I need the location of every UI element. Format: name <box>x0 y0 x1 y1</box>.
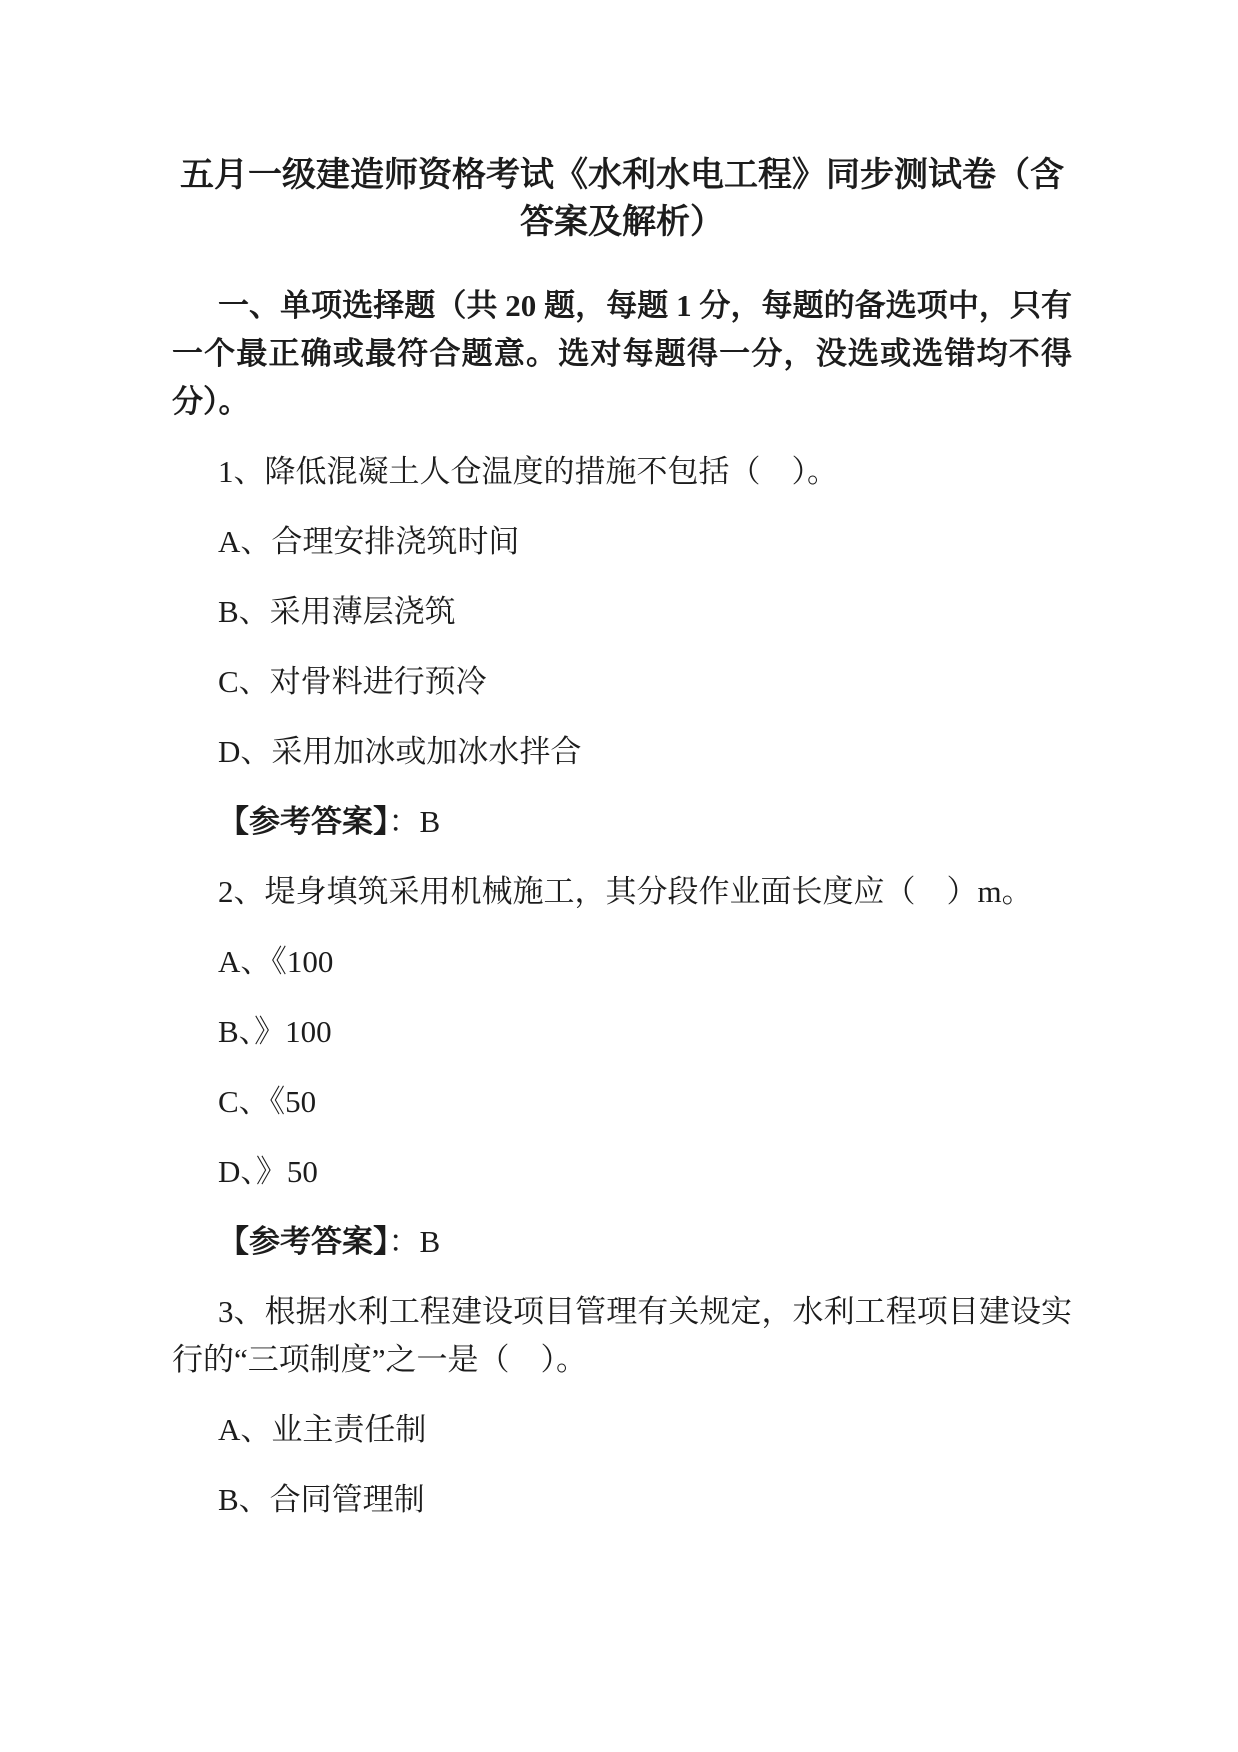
answer-line: 【参考答案】：B <box>172 1218 1072 1266</box>
answer-label: 【参考答案】 <box>218 1224 389 1259</box>
question-block: 1、降低混凝土人仓温度的措施不包括（ ）。A、合理安排浇筑时间B、采用薄层浇筑C… <box>172 448 1072 846</box>
question-stem: 2、堤身填筑采用机械施工，其分段作业面长度应（ ）m。 <box>172 868 1072 916</box>
question-option: A、合理安排浇筑时间 <box>172 518 1072 566</box>
answer-value: ：B <box>389 1224 441 1259</box>
section-heading: 一、单项选择题（共 20 题，每题 1 分，每题的备选项中，只有一个最正确或最符… <box>172 282 1072 426</box>
answer-label: 【参考答案】 <box>218 804 389 839</box>
question-option: C、对骨料进行预冷 <box>172 658 1072 706</box>
page-title: 五月一级建造师资格考试《水利水电工程》同步测试卷（含答案及解析） <box>172 152 1072 246</box>
question-option: D、》50 <box>172 1148 1072 1196</box>
question-option: D、采用加冰或加冰水拌合 <box>172 728 1072 776</box>
question-block: 3、根据水利工程建设项目管理有关规定，水利工程项目建设实行的“三项制度”之一是（… <box>172 1288 1072 1524</box>
answer-line: 【参考答案】：B <box>172 798 1072 846</box>
question-option: C、《50 <box>172 1078 1072 1126</box>
question-block: 2、堤身填筑采用机械施工，其分段作业面长度应（ ）m。A、《100B、》100C… <box>172 868 1072 1266</box>
question-option: B、采用薄层浇筑 <box>172 588 1072 636</box>
question-option: B、》100 <box>172 1008 1072 1056</box>
question-option: A、业主责任制 <box>172 1406 1072 1454</box>
question-option: A、《100 <box>172 938 1072 986</box>
question-stem: 1、降低混凝土人仓温度的措施不包括（ ）。 <box>172 448 1072 496</box>
answer-value: ：B <box>389 804 441 839</box>
document-page: 五月一级建造师资格考试《水利水电工程》同步测试卷（含答案及解析） 一、单项选择题… <box>0 0 1238 1752</box>
question-option: B、合同管理制 <box>172 1476 1072 1524</box>
question-stem: 3、根据水利工程建设项目管理有关规定，水利工程项目建设实行的“三项制度”之一是（… <box>172 1288 1072 1384</box>
questions-list: 1、降低混凝土人仓温度的措施不包括（ ）。A、合理安排浇筑时间B、采用薄层浇筑C… <box>172 448 1072 1524</box>
